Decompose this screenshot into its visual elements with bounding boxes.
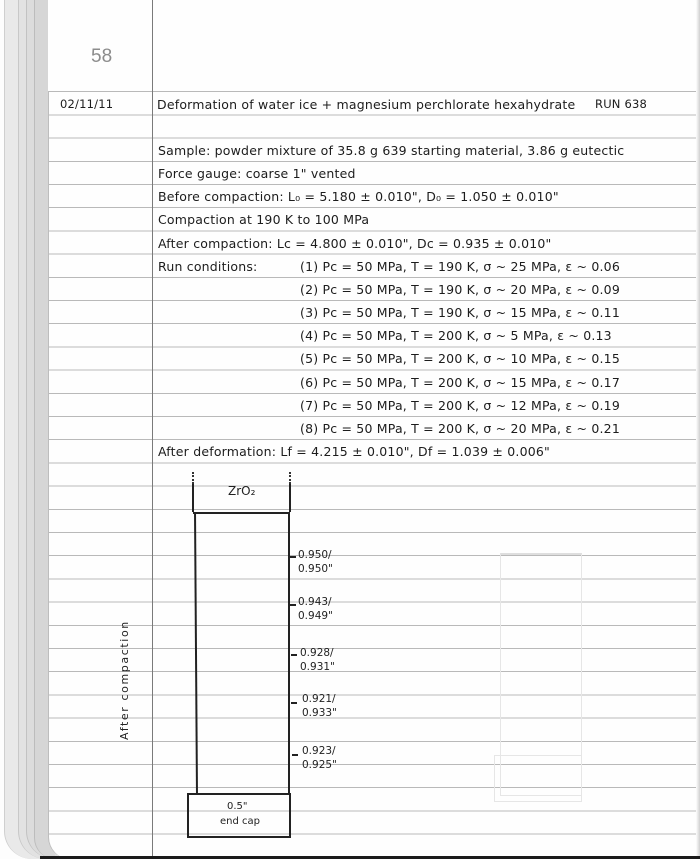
end-cap-label: end cap: [220, 816, 260, 827]
run-condition: (2) Pc = 50 MPa, T = 190 K, σ ~ 20 MPa, …: [300, 282, 620, 297]
spacer-label: ZrO₂: [228, 484, 255, 498]
diagram-side-label: After compaction: [118, 620, 131, 740]
measurement-tick: [292, 754, 298, 756]
end-cap-side: [289, 793, 291, 837]
after-compaction-line: After compaction: Lc = 4.800 ± 0.010", D…: [158, 236, 552, 251]
run-condition: (5) Pc = 50 MPa, T = 200 K, σ ~ 10 MPa, …: [300, 351, 620, 366]
compaction-line: Compaction at 190 K to 100 MPa: [158, 212, 369, 227]
force-gauge-line: Force gauge: coarse 1" vented: [158, 166, 356, 181]
run-number: RUN 638: [595, 97, 647, 111]
notebook: 58 02/11/11 Deformation of water ice + m…: [0, 0, 700, 859]
spacer-side: [192, 484, 194, 512]
run-condition: (1) Pc = 50 MPa, T = 190 K, σ ~ 25 MPa, …: [300, 259, 620, 274]
diameter-measurement: 0.921/ 0.933": [302, 692, 337, 720]
spacer-side: [289, 484, 291, 512]
run-conditions-label: Run conditions:: [158, 259, 257, 274]
diameter-measurement: 0.950/ 0.950": [298, 548, 333, 576]
end-cap-side: [187, 793, 189, 837]
diameter-measurement: 0.928/ 0.931": [300, 646, 335, 674]
page-number: 58: [91, 46, 112, 68]
run-condition: (8) Pc = 50 MPa, T = 200 K, σ ~ 20 MPa, …: [300, 421, 620, 436]
measurement-tick: [291, 702, 297, 704]
end-cap-bottom-edge: [187, 836, 291, 838]
entry-title: Deformation of water ice + magnesium per…: [157, 97, 575, 112]
measurement-tick: [290, 604, 296, 606]
end-cap-top-edge: [187, 793, 290, 795]
dotted-guide: [192, 472, 194, 484]
before-compaction-line: Before compaction: L₀ = 5.180 ± 0.010", …: [158, 189, 559, 204]
page-gutter-shadow: [696, 0, 700, 859]
page-header-area: [48, 0, 700, 91]
after-deformation-line: After deformation: Lf = 4.215 ± 0.010", …: [158, 444, 550, 459]
end-cap-size: 0.5": [227, 801, 248, 812]
sample-right-side: [288, 513, 290, 793]
diameter-measurement: 0.923/ 0.925": [302, 744, 337, 772]
diameter-measurement: 0.943/ 0.949": [298, 595, 333, 623]
measurement-tick: [290, 556, 296, 558]
run-condition: (7) Pc = 50 MPa, T = 200 K, σ ~ 12 MPa, …: [300, 398, 620, 413]
run-condition: (4) Pc = 50 MPa, T = 200 K, σ ~ 5 MPa, ε…: [300, 328, 612, 343]
bleed-through-sketch: [494, 755, 582, 802]
run-condition: (6) Pc = 50 MPa, T = 200 K, σ ~ 15 MPa, …: [300, 375, 620, 390]
run-condition: (3) Pc = 50 MPa, T = 190 K, σ ~ 15 MPa, …: [300, 305, 620, 320]
entry-date: 02/11/11: [60, 97, 113, 111]
sample-top-edge: [193, 512, 290, 514]
sample-left-side: [194, 513, 198, 793]
dotted-guide: [289, 472, 291, 484]
measurement-tick: [291, 654, 297, 656]
sample-diagram: ZrO₂ 0.5" end cap 0.950/ 0.950" 0.943/ 0…: [150, 470, 410, 850]
sample-line: Sample: powder mixture of 35.8 g 639 sta…: [158, 143, 624, 158]
